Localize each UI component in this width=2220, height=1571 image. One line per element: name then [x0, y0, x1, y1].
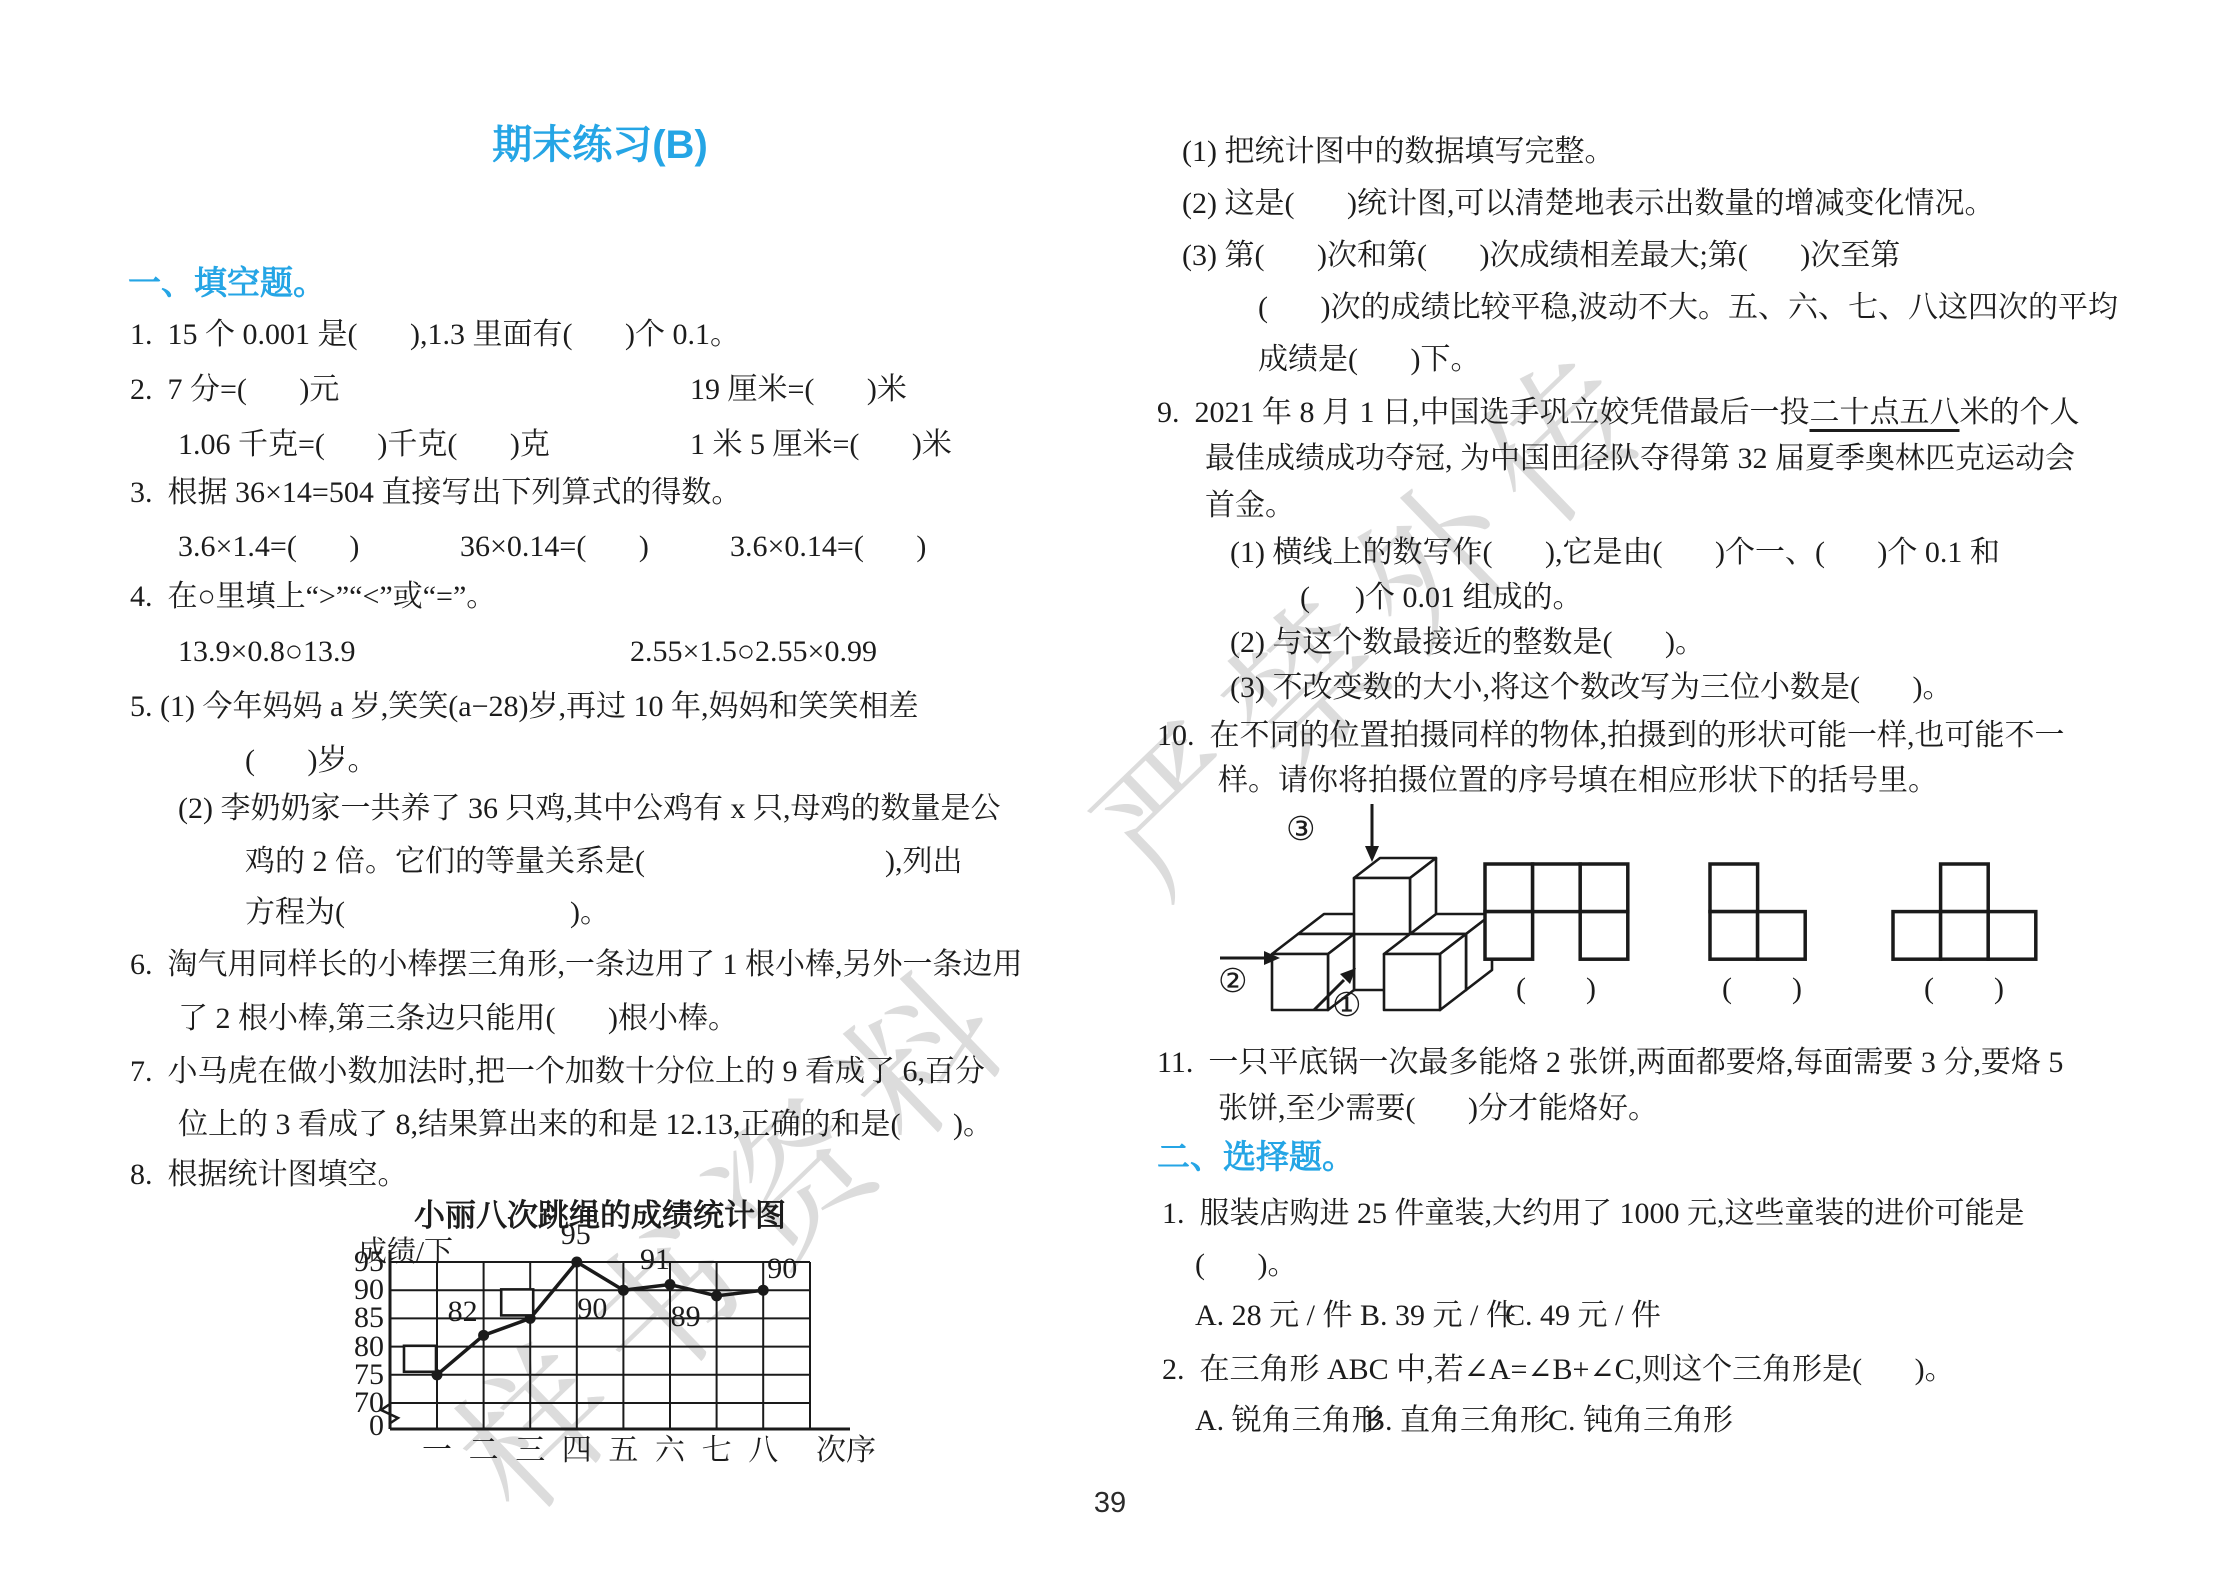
question-6-line2: 了 2 根小棒,第三条边只能用( )根小棒。: [178, 1002, 738, 1037]
question-5-part1-line1: 5. (1) 今年妈妈 a 岁,笑笑(a−28)岁,再过 10 年,妈妈和笑笑相…: [130, 690, 919, 725]
question-8-sub3-line3: 成绩是( )下。: [1258, 343, 1480, 378]
section-fill-blanks-header: 一、填空题。: [128, 264, 326, 302]
choice-1-option-b: B. 39 元 / 件: [1360, 1299, 1516, 1334]
exam-title: 期末练习(B): [492, 122, 708, 168]
question-5-part2-line2: 鸡的 2 倍。它们的等量关系是( ),列出: [245, 845, 962, 880]
worksheet-page: 样书资料 严禁外传 期末练习(B) 一、填空题。 1. 15 个 0.001 是…: [0, 0, 2220, 1571]
question-8-sub1: (1) 把统计图中的数据填写完整。: [1182, 135, 1614, 170]
choice-1-option-a: A. 28 元 / 件: [1195, 1299, 1353, 1334]
question-9-sub2: (2) 与这个数最接近的整数是( )。: [1230, 626, 1705, 661]
view-cell: [1580, 912, 1628, 960]
view-cell: [1941, 912, 1989, 960]
chart-x-category-label: 七: [702, 1434, 732, 1469]
choice-2-option-a: A. 锐角三角形: [1195, 1404, 1382, 1439]
question-3-expr2: 36×0.14=( ): [460, 530, 649, 565]
question-9-sub1-line1: (1) 横线上的数写作( ),它是由( )个一、( )个 0.1 和: [1230, 536, 2000, 571]
question-7-line2: 位上的 3 看成了 8,结果算出来的和是 12.13,正确的和是( )。: [178, 1108, 993, 1143]
view-cell: [1580, 864, 1628, 912]
question-4-compare1: 13.9×0.8○13.9: [178, 635, 356, 670]
question-9-line1-pre: 9. 2021 年 8 月 1 日,中国选手巩立姣凭借最后一投: [1157, 396, 1810, 429]
position-label-3: ③: [1286, 812, 1316, 850]
chart-x-category-label: 一: [422, 1434, 452, 1469]
question-8-sub2: (2) 这是( )统计图,可以清楚地表示出数量的增减变化情况。: [1182, 187, 1994, 222]
view-cell: [1710, 864, 1758, 912]
question-2-line1-left: 2. 7 分=( )元: [130, 373, 339, 408]
question-5-part2-line3: 方程为( )。: [245, 896, 610, 931]
question-4-compare2: 2.55×1.5○2.55×0.99: [630, 635, 877, 670]
view-cell: [1710, 912, 1758, 960]
chart-blank-box: [501, 1289, 533, 1315]
question-10-line1: 10. 在不同的位置拍摄同样的物体,拍摄到的形状可能一样,也可能不一: [1157, 719, 2065, 754]
chart-x-category-label: 八: [748, 1434, 778, 1469]
chart-x-category-label: 五: [608, 1434, 638, 1469]
choice-1-option-c: C. 49 元 / 件: [1505, 1299, 1661, 1334]
question-8-sub3-line1: (3) 第( )次和第( )次成绩相差最大;第( )次至第: [1182, 239, 1900, 274]
question-3: 3. 根据 36×14=504 直接写出下列算式的得数。: [130, 476, 741, 511]
question-3-expr1: 3.6×1.4=( ): [178, 530, 359, 565]
chart-y-tick-label: 95: [354, 1245, 384, 1280]
question-11-line2: 张饼,至少需要( )分才能烙好。: [1218, 1092, 1658, 1127]
view-cell: [1988, 912, 2036, 960]
question-9-line3: 首金。: [1205, 489, 1295, 524]
view-cell: [1485, 912, 1533, 960]
chart-x-category-label: 四: [562, 1434, 592, 1469]
question-8: 8. 根据统计图填空。: [130, 1158, 408, 1193]
section-choice-header: 二、选择题。: [1157, 1138, 1355, 1176]
view3-answer-bracket: ( ): [1924, 972, 2004, 1007]
question-3-expr3: 3.6×0.14=( ): [730, 530, 926, 565]
question-9-sub1-line2: ( )个 0.01 组成的。: [1300, 581, 1582, 616]
chart-blank-box: [404, 1346, 436, 1372]
question-10-line2: 样。请你将拍摄位置的序号填在相应形状下的括号里。: [1218, 764, 1938, 799]
question-9-line1: 9. 2021 年 8 月 1 日,中国选手巩立姣凭借最后一投二十点五八米的个人: [1157, 396, 2080, 431]
question-11-line1: 11. 一只平底锅一次最多能烙 2 张饼,两面都要烙,每面需要 3 分,要烙 5: [1157, 1046, 2063, 1081]
position-label-2: ②: [1218, 964, 1248, 1002]
chart-title: 小丽八次跳绳的成绩统计图: [414, 1198, 786, 1234]
question-4: 4. 在○里填上“>”“<”或“=”。: [130, 580, 496, 615]
question-9-line1-post: 米的个人: [1960, 396, 2080, 429]
question-2-line1-right: 19 厘米=( )米: [690, 373, 907, 408]
view1-answer-bracket: ( ): [1516, 972, 1596, 1007]
view-cell: [1758, 912, 1806, 960]
position-label-1: ①: [1332, 988, 1362, 1026]
question-9-underlined-number: 二十点五八: [1810, 396, 1960, 429]
chart-y-tick-label: 0: [369, 1409, 384, 1444]
choice-1-line2: ( )。: [1195, 1248, 1297, 1283]
view-cell: [1485, 864, 1533, 912]
question-6-line1: 6. 淘气用同样长的小棒摆三角形,一条边用了 1 根小棒,另外一条边用: [130, 948, 1023, 983]
question-2-line2-right: 1 米 5 厘米=( )米: [690, 428, 952, 463]
view-cell: [1893, 912, 1941, 960]
choice-2-option-c: C. 钝角三角形: [1548, 1404, 1733, 1439]
chart-x-category-label: 三: [515, 1434, 545, 1469]
chart-x-category-label: 二: [469, 1434, 499, 1469]
chart-point-label: 95: [561, 1218, 591, 1253]
chart-point-label: 82: [448, 1295, 478, 1330]
chart-point-label: 91: [640, 1243, 670, 1278]
question-8-sub3-line2: ( )次的成绩比较平稳,波动不大。五、六、七、八这四次的平均: [1258, 291, 2118, 326]
view-cell: [1941, 864, 1989, 912]
view-cell: [1533, 864, 1581, 912]
choice-1-line1: 1. 服装店购进 25 件童装,大约用了 1000 元,这些童装的进价可能是: [1162, 1197, 2025, 1232]
chart-x-axis-label: 次序: [816, 1434, 876, 1469]
choice-2-line1: 2. 在三角形 ABC 中,若∠A=∠B+∠C,则这个三角形是( )。: [1162, 1353, 1955, 1388]
chart-point-label: 90: [767, 1252, 797, 1287]
question-2-line2-left: 1.06 千克=( )千克( )克: [178, 428, 550, 463]
question-5-part2-line1: (2) 李奶奶家一共养了 36 只鸡,其中公鸡有 x 只,母鸡的数量是公: [178, 792, 1000, 827]
question-5-part1-line2: ( )岁。: [245, 744, 377, 779]
question-9-sub3: (3) 不改变数的大小,将这个数改写为三位小数是( )。: [1230, 671, 1952, 706]
choice-2-option-b: B. 直角三角形: [1365, 1404, 1550, 1439]
view2-answer-bracket: ( ): [1722, 972, 1802, 1007]
chart-point-label: 90: [577, 1292, 607, 1327]
page-number: 39: [1094, 1487, 1126, 1520]
question-7-line1: 7. 小马虎在做小数加法时,把一个加数十分位上的 9 看成了 6,百分: [130, 1055, 985, 1090]
chart-point-label: 89: [671, 1300, 701, 1335]
question-1: 1. 15 个 0.001 是( ),1.3 里面有( )个 0.1。: [130, 318, 740, 353]
chart-x-category-label: 六: [655, 1434, 685, 1469]
question-9-line2: 最佳成绩成功夺冠, 为中国田径队夺得第 32 届夏季奥林匹克运动会: [1205, 442, 2075, 477]
